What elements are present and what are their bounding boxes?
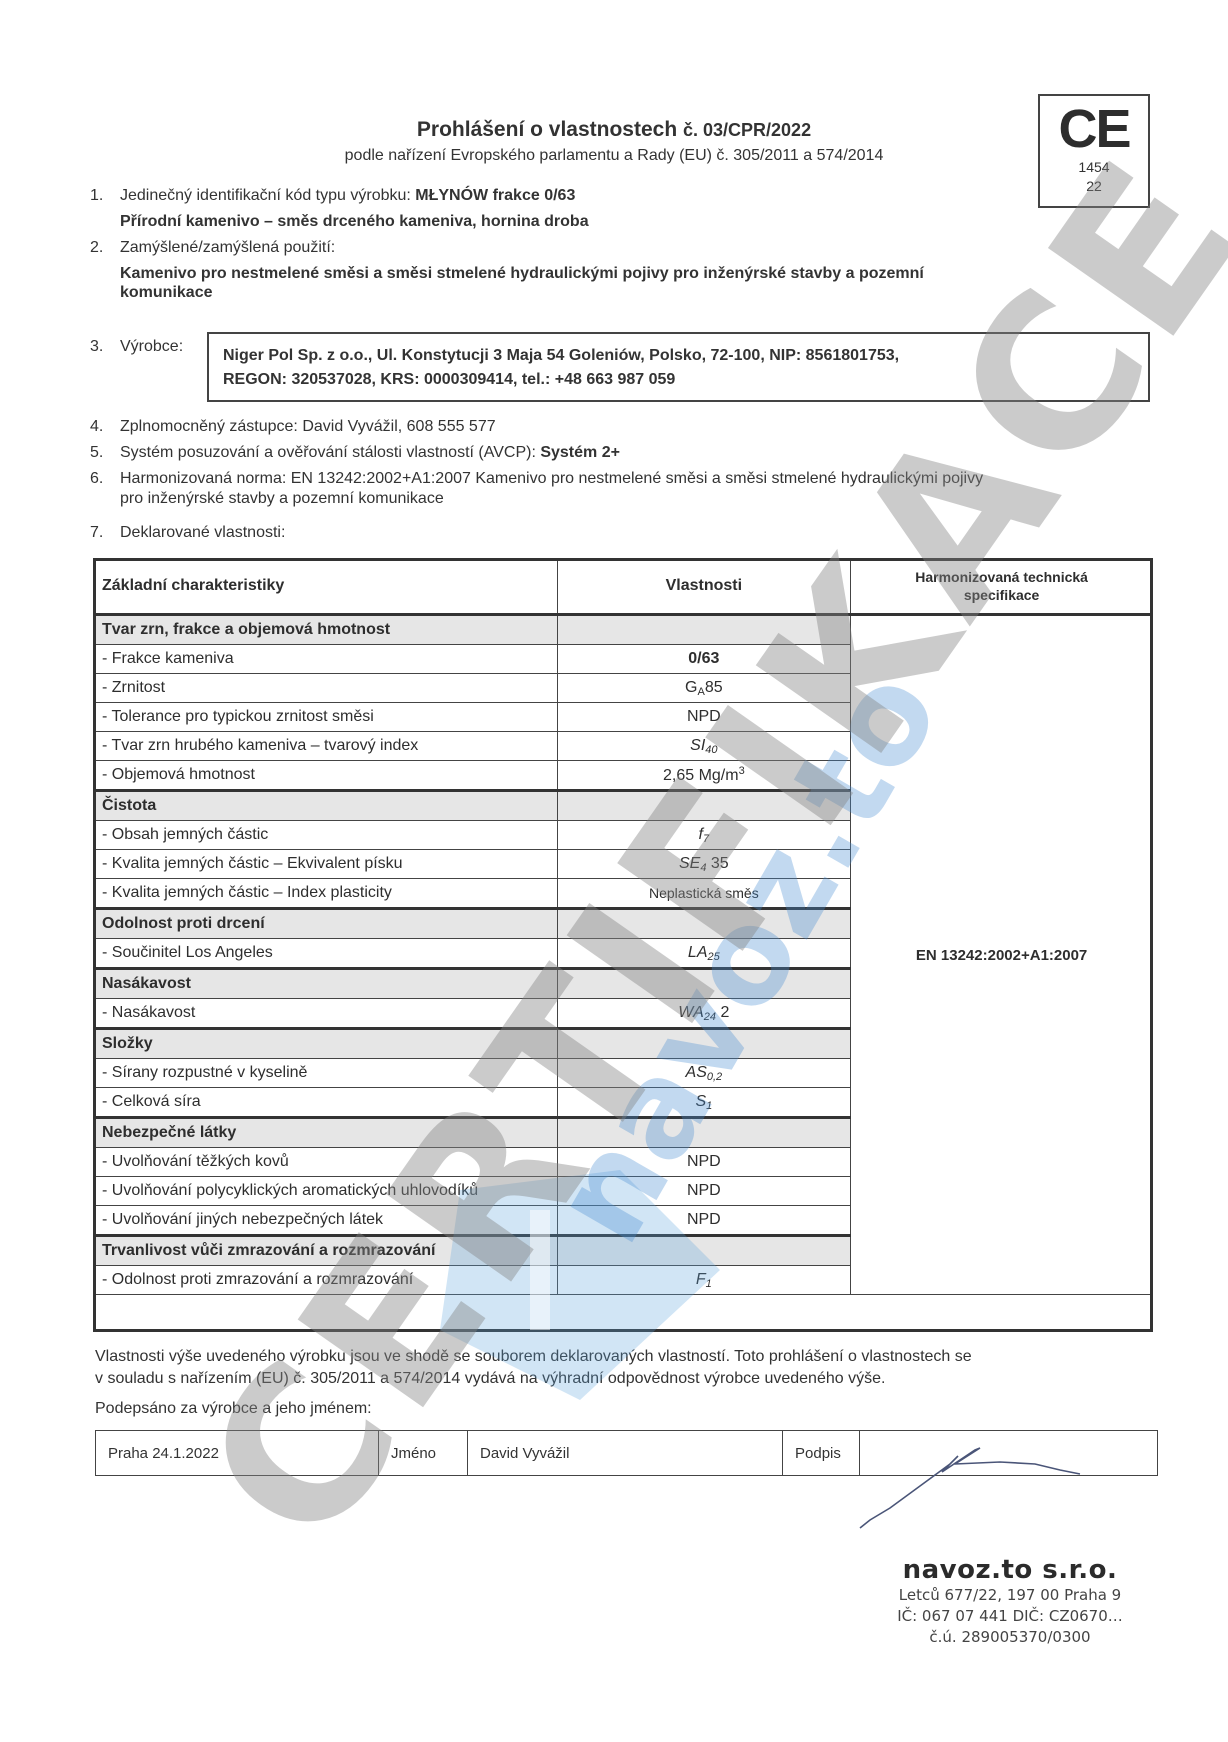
item-6: 6.Harmonizovaná norma: EN 13242:2002+A1:… <box>90 469 983 489</box>
performance-value: NPD <box>557 1177 851 1206</box>
header-characteristics: Základní charakteristiky <box>94 559 558 615</box>
characteristic-label: - Frakce kameniva <box>94 645 558 674</box>
group-value-empty <box>557 1029 851 1059</box>
declaration-line2: v souladu s nařízením (EU) č. 305/2011 a… <box>95 1368 1145 1390</box>
characteristic-label: - Kvalita jemných částic – Ekvivalent pí… <box>94 850 558 879</box>
item-7: 7.Deklarované vlastnosti: <box>90 523 285 543</box>
item-number: 3. <box>90 337 120 357</box>
characteristic-label: - Sírany rozpustné v kyselině <box>94 1059 558 1088</box>
item-5: 5.Systém posuzování a ověřování stálosti… <box>90 443 620 463</box>
performance-value: AS0,2 <box>557 1059 851 1088</box>
intended-use-line1: Kamenivo pro nestmelené směsi a směsi st… <box>120 264 1120 284</box>
group-value-empty <box>557 1118 851 1148</box>
item-number: 1. <box>90 186 120 206</box>
harmonised-standard-line1: Harmonizovaná norma: EN 13242:2002+A1:20… <box>120 470 983 487</box>
signature-label: Podpis <box>783 1431 860 1476</box>
characteristic-label: - Objemová hmotnost <box>94 761 558 791</box>
declaration-statement: Vlastnosti výše uvedeného výrobku jsou v… <box>95 1346 1145 1390</box>
performance-value: NPD <box>557 1148 851 1177</box>
item-number: 2. <box>90 238 120 258</box>
characteristic-label: - Kvalita jemných částic – Index plastic… <box>94 879 558 909</box>
characteristic-label: - Uvolňování těžkých kovů <box>94 1148 558 1177</box>
item-number: 7. <box>90 523 120 543</box>
harmonised-standard-line2: pro inženýrské stavby a pozemní komunika… <box>120 489 444 509</box>
group-label: Trvanlivost vůči zmrazování a rozmrazová… <box>94 1236 558 1266</box>
characteristic-label: - Odolnost proti zmrazování a rozmrazová… <box>94 1266 558 1295</box>
ce-year: 22 <box>1040 177 1148 196</box>
table-header-row: Základní charakteristiky Vlastnosti Harm… <box>94 559 1153 615</box>
manufacturer-line1: Niger Pol Sp. z o.o., Ul. Konstytucji 3 … <box>223 344 1134 368</box>
item-1: 1.Jedinečný identifikační kód typu výrob… <box>90 186 575 206</box>
characteristic-label: - Zrnitost <box>94 674 558 703</box>
header-performance: Vlastnosti <box>557 559 851 615</box>
title-text: Prohlášení o vlastnostech <box>417 118 677 141</box>
performance-value: GA85 <box>557 674 851 703</box>
stamp-account: č.ú. 289005370/0300 <box>870 1627 1150 1648</box>
authorised-representative: Zplnomocněný zástupce: David Vyvážil, 60… <box>120 418 496 435</box>
document-number: č. 03/CPR/2022 <box>683 120 811 140</box>
group-label: Složky <box>94 1029 558 1059</box>
table-body: Tvar zrn, frakce a objemová hmotnostEN 1… <box>94 615 1153 1295</box>
performance-value: WA24 2 <box>557 999 851 1029</box>
header-spec-line2: specifikace <box>964 587 1040 603</box>
group-label: Nebezpečné látky <box>94 1118 558 1148</box>
item-label: Jedinečný identifikační kód typu výrobku… <box>120 187 415 204</box>
group-label: Čistota <box>94 791 558 821</box>
performance-value: 0/63 <box>557 645 851 674</box>
characteristic-label: - Obsah jemných částic <box>94 821 558 850</box>
performance-value: SE4 35 <box>557 850 851 879</box>
performance-value: S1 <box>557 1088 851 1118</box>
declaration-line1: Vlastnosti výše uvedeného výrobku jsou v… <box>95 1346 1145 1368</box>
item-label: Deklarované vlastnosti: <box>120 524 285 541</box>
product-description: Přírodní kamenivo – směs drceného kameni… <box>120 212 1120 232</box>
stamp-address: Letců 677/22, 197 00 Praha 9 <box>870 1585 1150 1606</box>
characteristic-label: - Součinitel Los Angeles <box>94 939 558 969</box>
company-stamp: navoz.to s.r.o. Letců 677/22, 197 00 Pra… <box>870 1555 1150 1648</box>
header-spec-line1: Harmonizovaná technická <box>915 569 1088 585</box>
performance-value: NPD <box>557 703 851 732</box>
name-label: Jméno <box>379 1431 468 1476</box>
declared-performance-table: Základní charakteristiky Vlastnosti Harm… <box>93 558 1153 1295</box>
performance-value: Neplastická směs <box>557 879 851 909</box>
item-4: 4.Zplnomocněný zástupce: David Vyvážil, … <box>90 417 496 437</box>
performance-value: NPD <box>557 1206 851 1236</box>
item-number: 5. <box>90 443 120 463</box>
group-label: Odolnost proti drcení <box>94 909 558 939</box>
group-value-empty <box>557 909 851 939</box>
product-code: MŁYNÓW frakce 0/63 <box>415 187 575 204</box>
notified-body-number: 1454 <box>1040 158 1148 177</box>
item-label: Výrobce: <box>120 338 183 355</box>
group-label: Nasákavost <box>94 969 558 999</box>
name-value: David Vyvážil <box>468 1431 783 1476</box>
characteristic-label: - Celková síra <box>94 1088 558 1118</box>
signature-scribble-icon <box>850 1420 1130 1540</box>
harmonised-spec-value: EN 13242:2002+A1:2007 <box>851 615 1153 1295</box>
place-date: Praha 24.1.2022 <box>96 1431 379 1476</box>
group-value-empty <box>557 1236 851 1266</box>
table-group-row: Tvar zrn, frakce a objemová hmotnostEN 1… <box>94 615 1153 645</box>
signed-label: Podepsáno za výrobce a jeho jménem: <box>95 1400 372 1418</box>
ce-mark-box: CE 1454 22 <box>1038 94 1150 208</box>
stamp-ids: IČ: 067 07 441 DIČ: CZ0670… <box>870 1606 1150 1627</box>
performance-value: F1 <box>557 1266 851 1295</box>
group-value-empty <box>557 969 851 999</box>
avcp-system: Systém 2+ <box>540 444 620 461</box>
characteristic-label: - Nasákavost <box>94 999 558 1029</box>
item-label: Systém posuzování a ověřování stálosti v… <box>120 444 540 461</box>
performance-value: SI40 <box>557 732 851 761</box>
item-number: 6. <box>90 469 120 489</box>
item-2: 2.Zamýšlené/zamýšlená použití: <box>90 238 335 258</box>
item-label: Zamýšlené/zamýšlená použití: <box>120 239 335 256</box>
group-value-empty <box>557 791 851 821</box>
characteristic-label: - Uvolňování polycyklických aromatických… <box>94 1177 558 1206</box>
declaration-of-performance-page: Prohlášení o vlastnostech č. 03/CPR/2022… <box>0 0 1228 1742</box>
characteristic-label: - Tolerance pro typickou zrnitost směsi <box>94 703 558 732</box>
manufacturer-box: Niger Pol Sp. z o.o., Ul. Konstytucji 3 … <box>207 332 1150 402</box>
characteristic-label: - Uvolňování jiných nebezpečných látek <box>94 1206 558 1236</box>
item-number: 4. <box>90 417 120 437</box>
ce-logo-icon: CE <box>1040 100 1148 158</box>
performance-value: 2,65 Mg/m3 <box>557 761 851 791</box>
item-3: 3.Výrobce: <box>90 337 183 357</box>
performance-value: f7 <box>557 821 851 850</box>
header-spec: Harmonizovaná technickáspecifikace <box>851 559 1153 615</box>
performance-value: LA25 <box>557 939 851 969</box>
manufacturer-line2: REGON: 320537028, KRS: 0000309414, tel.:… <box>223 368 1134 392</box>
intended-use-line2: komunikace <box>120 283 1120 303</box>
group-label: Tvar zrn, frakce a objemová hmotnost <box>94 615 558 645</box>
stamp-company: navoz.to s.r.o. <box>870 1555 1150 1585</box>
characteristic-label: - Tvar zrn hrubého kameniva – tvarový in… <box>94 732 558 761</box>
group-value-empty <box>557 615 851 645</box>
